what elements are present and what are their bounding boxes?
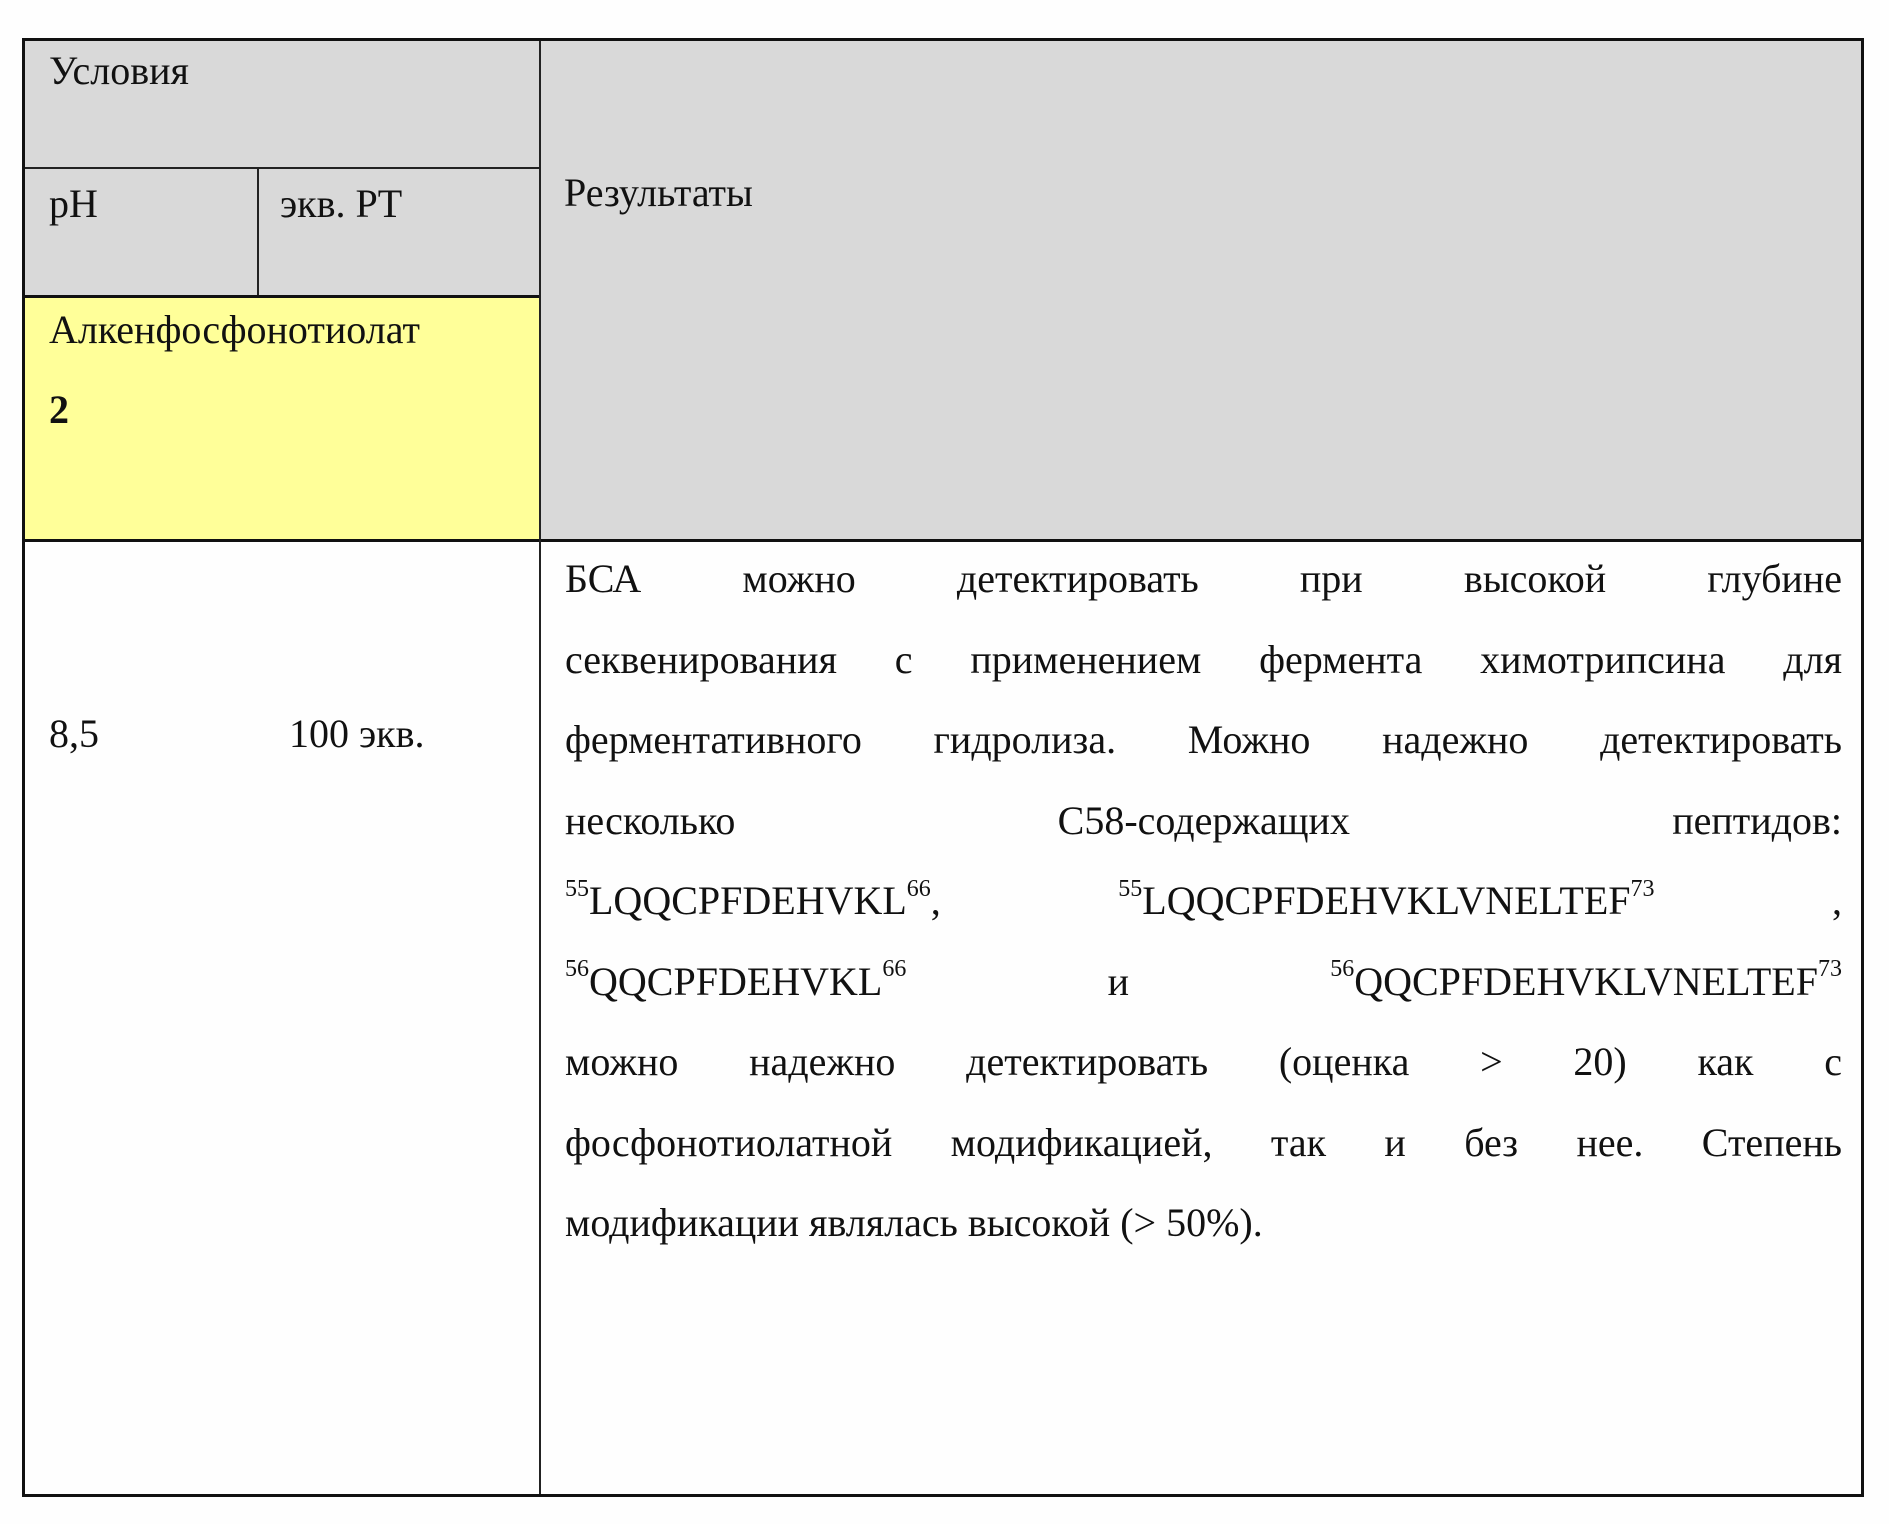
header-reagent-number: 2: [49, 386, 69, 434]
residue-number: 55: [565, 876, 589, 902]
result-line: секвенирования с применением фермента хи…: [565, 620, 1842, 701]
data-equiv-value: 100 экв.: [289, 710, 425, 758]
rule-conditions-bottom: [25, 167, 541, 169]
header-equiv-label: экв. PT: [280, 180, 402, 228]
residue-number: 66: [907, 876, 931, 902]
data-ph-value: 8,5: [49, 710, 99, 758]
result-line: фосфонотиолатной модификацией, так и без…: [565, 1103, 1842, 1184]
header-ph-label: pH: [49, 180, 98, 228]
header-reagent-cell: Алкенфосфонотиолат 2: [25, 296, 540, 540]
result-line: можно надежно детектировать (оценка > 20…: [565, 1022, 1842, 1103]
result-line: модификации являлась высокой (> 50%).: [565, 1183, 1842, 1264]
rule-header-bottom: [25, 539, 1861, 542]
header-results-cell: Результаты: [540, 41, 1861, 540]
header-results-label: Результаты: [564, 169, 753, 217]
header-equiv-cell: экв. PT: [258, 168, 540, 296]
residue-number: 73: [1818, 956, 1842, 982]
residue-number: 56: [1330, 956, 1354, 982]
residue-number: 73: [1631, 876, 1655, 902]
result-line: несколько C58-содержащих пептидов:: [565, 781, 1842, 862]
header-reagent-name: Алкенфосфонотиолат: [49, 306, 420, 354]
header-conditions-cell: Условия: [25, 41, 540, 168]
residue-number: 66: [882, 956, 906, 982]
data-results-text: БСА можно детектировать при высокой глуб…: [565, 539, 1842, 1264]
rule-column-divider: [539, 41, 541, 1494]
result-line: 55LQQCPFDEHVKL66, 55LQQCPFDEHVKLVNELTEF7…: [565, 861, 1842, 942]
data-row-conditions-cell: 8,5 100 экв.: [25, 540, 540, 1494]
header-ph-cell: pH: [25, 168, 258, 296]
residue-number: 55: [1118, 876, 1142, 902]
rule-subheader-bottom: [25, 295, 541, 298]
header-conditions-label: Условия: [49, 47, 189, 95]
result-line: БСА можно детектировать при высокой глуб…: [565, 539, 1842, 620]
results-table: Условия pH экв. PT Алкенфосфонотиолат 2 …: [22, 38, 1864, 1497]
result-line: 56QQCPFDEHVKL66 и 56QQCPFDEHVKLVNELTEF73: [565, 942, 1842, 1023]
result-line: ферментативного гидролиза. Можно надежно…: [565, 700, 1842, 781]
rule-ph-equiv-divider: [257, 168, 259, 296]
residue-number: 56: [565, 956, 589, 982]
